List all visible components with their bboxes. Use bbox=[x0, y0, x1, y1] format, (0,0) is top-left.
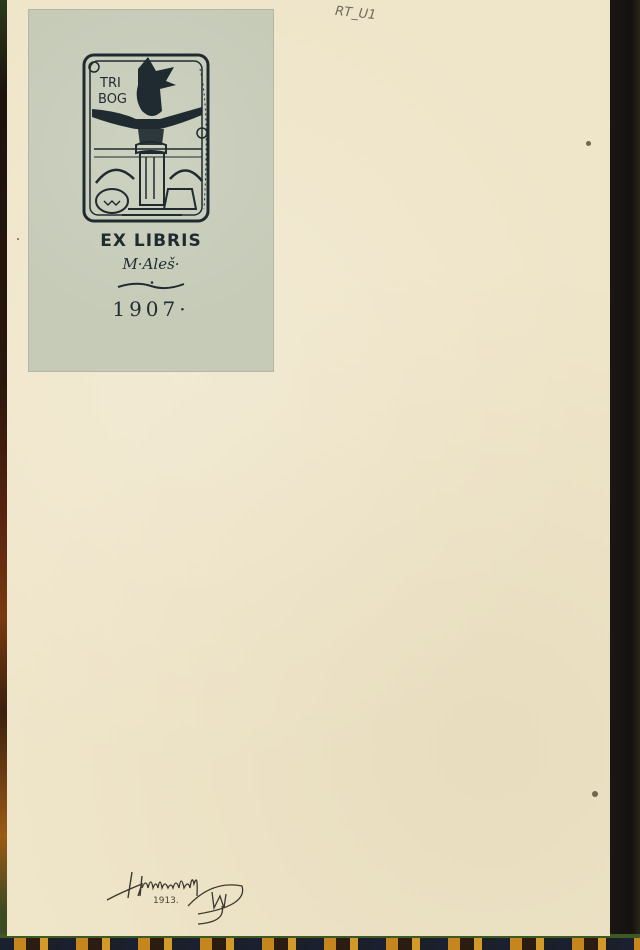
svg-text:BOG: BOG bbox=[98, 92, 127, 107]
foxing-spot bbox=[592, 791, 598, 797]
book-spine-right bbox=[610, 0, 640, 950]
swash-ornament bbox=[116, 281, 186, 291]
pencil-shelfmark: RT_U1 bbox=[334, 4, 377, 23]
endpaper-page: RT_U1 TRI BOG EX LIBRIS M·Aleš· bbox=[7, 0, 610, 936]
signature-date: 1913. bbox=[153, 896, 179, 906]
marbled-cover-bottom bbox=[0, 938, 640, 950]
foxing-spot bbox=[586, 141, 591, 146]
ex-libris-title: EX LIBRIS bbox=[28, 231, 274, 251]
bookplate-owner: M·Aleš· bbox=[28, 255, 274, 273]
bookplate-year: 1907· bbox=[28, 297, 274, 321]
svg-text:TRI: TRI bbox=[99, 76, 121, 91]
ex-libris-bookplate: TRI BOG EX LIBRIS M·Aleš· 1907· bbox=[28, 9, 274, 372]
tribog-woodcut-illustration: TRI BOG bbox=[78, 49, 218, 234]
foxing-spot bbox=[17, 238, 19, 240]
